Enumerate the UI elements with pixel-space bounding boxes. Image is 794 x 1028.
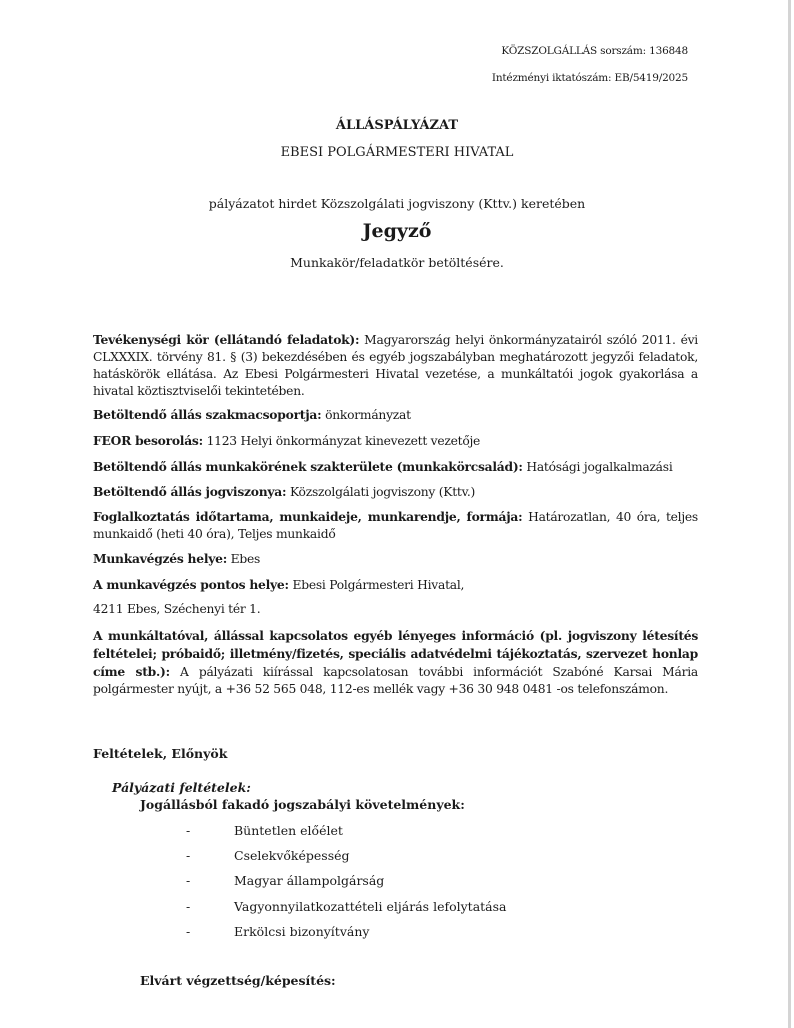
dash-bullet-icon: -: [186, 848, 234, 863]
intro-text: pályázatot hirdet Közszolgálati jogviszo…: [0, 196, 794, 211]
field-value: 4211 Ebes, Széchenyi tér 1.: [93, 602, 260, 616]
field-value: Hatósági jogalkalmazási: [523, 460, 673, 474]
education-title: Elvárt végzettség/képesítés:: [140, 973, 336, 988]
legal-requirements-title: Jogállásból fakadó jogszabályi követelmé…: [140, 797, 465, 812]
document-type: ÁLLÁSPÁLYÁZAT: [0, 118, 794, 133]
dash-bullet-icon: -: [186, 899, 234, 914]
field-label: Betöltendő állás jogviszonya:: [93, 484, 286, 499]
registration-value: EB/5419/2025: [615, 72, 689, 84]
field-activity: Tevékenységi kör (ellátandó feladatok): …: [93, 331, 698, 400]
field-label: FEOR besorolás:: [93, 433, 203, 448]
registration-number: Intézményi iktatószám: EB/5419/2025: [492, 72, 688, 84]
field-value: Ebesi Polgármesteri Hivatal,: [289, 578, 464, 592]
document-page: KÖZSZOLGÁLLÁS sorszám: 136848 Intézményi…: [0, 0, 785, 1028]
position-subtitle: Munkakör/feladatkör betöltésére.: [0, 255, 794, 270]
list-item-text: Magyar állampolgárság: [234, 873, 384, 888]
list-item-text: Büntetlen előélet: [234, 823, 343, 838]
field-value: Közszolgálati jogviszony (Kttv.): [286, 485, 475, 499]
list-item: -Erkölcsi bizonyítvány: [186, 924, 369, 939]
list-item: -Cselekvőképesség: [186, 848, 350, 863]
organization-name: EBESI POLGÁRMESTERI HIVATAL: [0, 145, 794, 160]
field-label: Tevékenységi kör (ellátandó feladatok):: [93, 332, 359, 347]
list-item: -Vagyonnyilatkozattételi eljárás lefolyt…: [186, 899, 507, 914]
serial-label: KÖZSZOLGÁLLÁS sorszám:: [501, 45, 646, 57]
field-label: A munkavégzés pontos helye:: [93, 577, 289, 592]
dash-bullet-icon: -: [186, 924, 234, 939]
dash-bullet-icon: -: [186, 873, 234, 888]
dash-bullet-icon: -: [186, 823, 234, 838]
serial-value: 136848: [649, 45, 688, 57]
list-item-text: Cselekvőképesség: [234, 848, 350, 863]
field-value: A pályázati kiírással kapcsolatosan tová…: [93, 665, 698, 696]
field-value: önkormányzat: [321, 408, 410, 422]
field-label: Betöltendő állás szakmacsoportja:: [93, 407, 321, 422]
field-job-family: Betöltendő állás munkakörének szakterüle…: [93, 458, 698, 476]
field-feor: FEOR besorolás: 1123 Helyi önkormányzat …: [93, 432, 698, 450]
field-value: Ebes: [227, 552, 260, 566]
field-employment-type: Betöltendő állás jogviszonya: Közszolgál…: [93, 483, 698, 501]
conditions-section-title: Feltételek, Előnyök: [93, 746, 227, 761]
field-other-info: A munkáltatóval, állással kapcsolatos eg…: [93, 627, 698, 698]
field-working-hours: Foglalkoztatás időtartama, munkaideje, m…: [93, 508, 698, 543]
field-professional-group: Betöltendő állás szakmacsoportja: önkorm…: [93, 406, 698, 424]
registration-label: Intézményi iktatószám:: [492, 72, 611, 84]
application-conditions-title: Pályázati feltételek:: [112, 780, 251, 795]
field-value: 1123 Helyi önkormányzat kinevezett vezet…: [203, 434, 480, 448]
position-title: Jegyző: [0, 220, 794, 242]
list-item-text: Vagyonnyilatkozattételi eljárás lefolyta…: [234, 899, 507, 914]
field-exact-location: A munkavégzés pontos helye: Ebesi Polgár…: [93, 576, 698, 594]
list-item-text: Erkölcsi bizonyítvány: [234, 924, 369, 939]
serial-number: KÖZSZOLGÁLLÁS sorszám: 136848: [501, 45, 688, 57]
field-address: 4211 Ebes, Széchenyi tér 1.: [93, 601, 698, 618]
vertical-scrollbar[interactable]: [785, 0, 794, 1028]
field-label: Foglalkoztatás időtartama, munkaideje, m…: [93, 509, 522, 524]
scrollbar-track[interactable]: [788, 0, 791, 1028]
field-label: Betöltendő állás munkakörének szakterüle…: [93, 459, 523, 474]
field-work-location: Munkavégzés helye: Ebes: [93, 550, 698, 568]
list-item: -Magyar állampolgárság: [186, 873, 384, 888]
field-label: Munkavégzés helye:: [93, 551, 227, 566]
list-item: -Büntetlen előélet: [186, 823, 343, 838]
